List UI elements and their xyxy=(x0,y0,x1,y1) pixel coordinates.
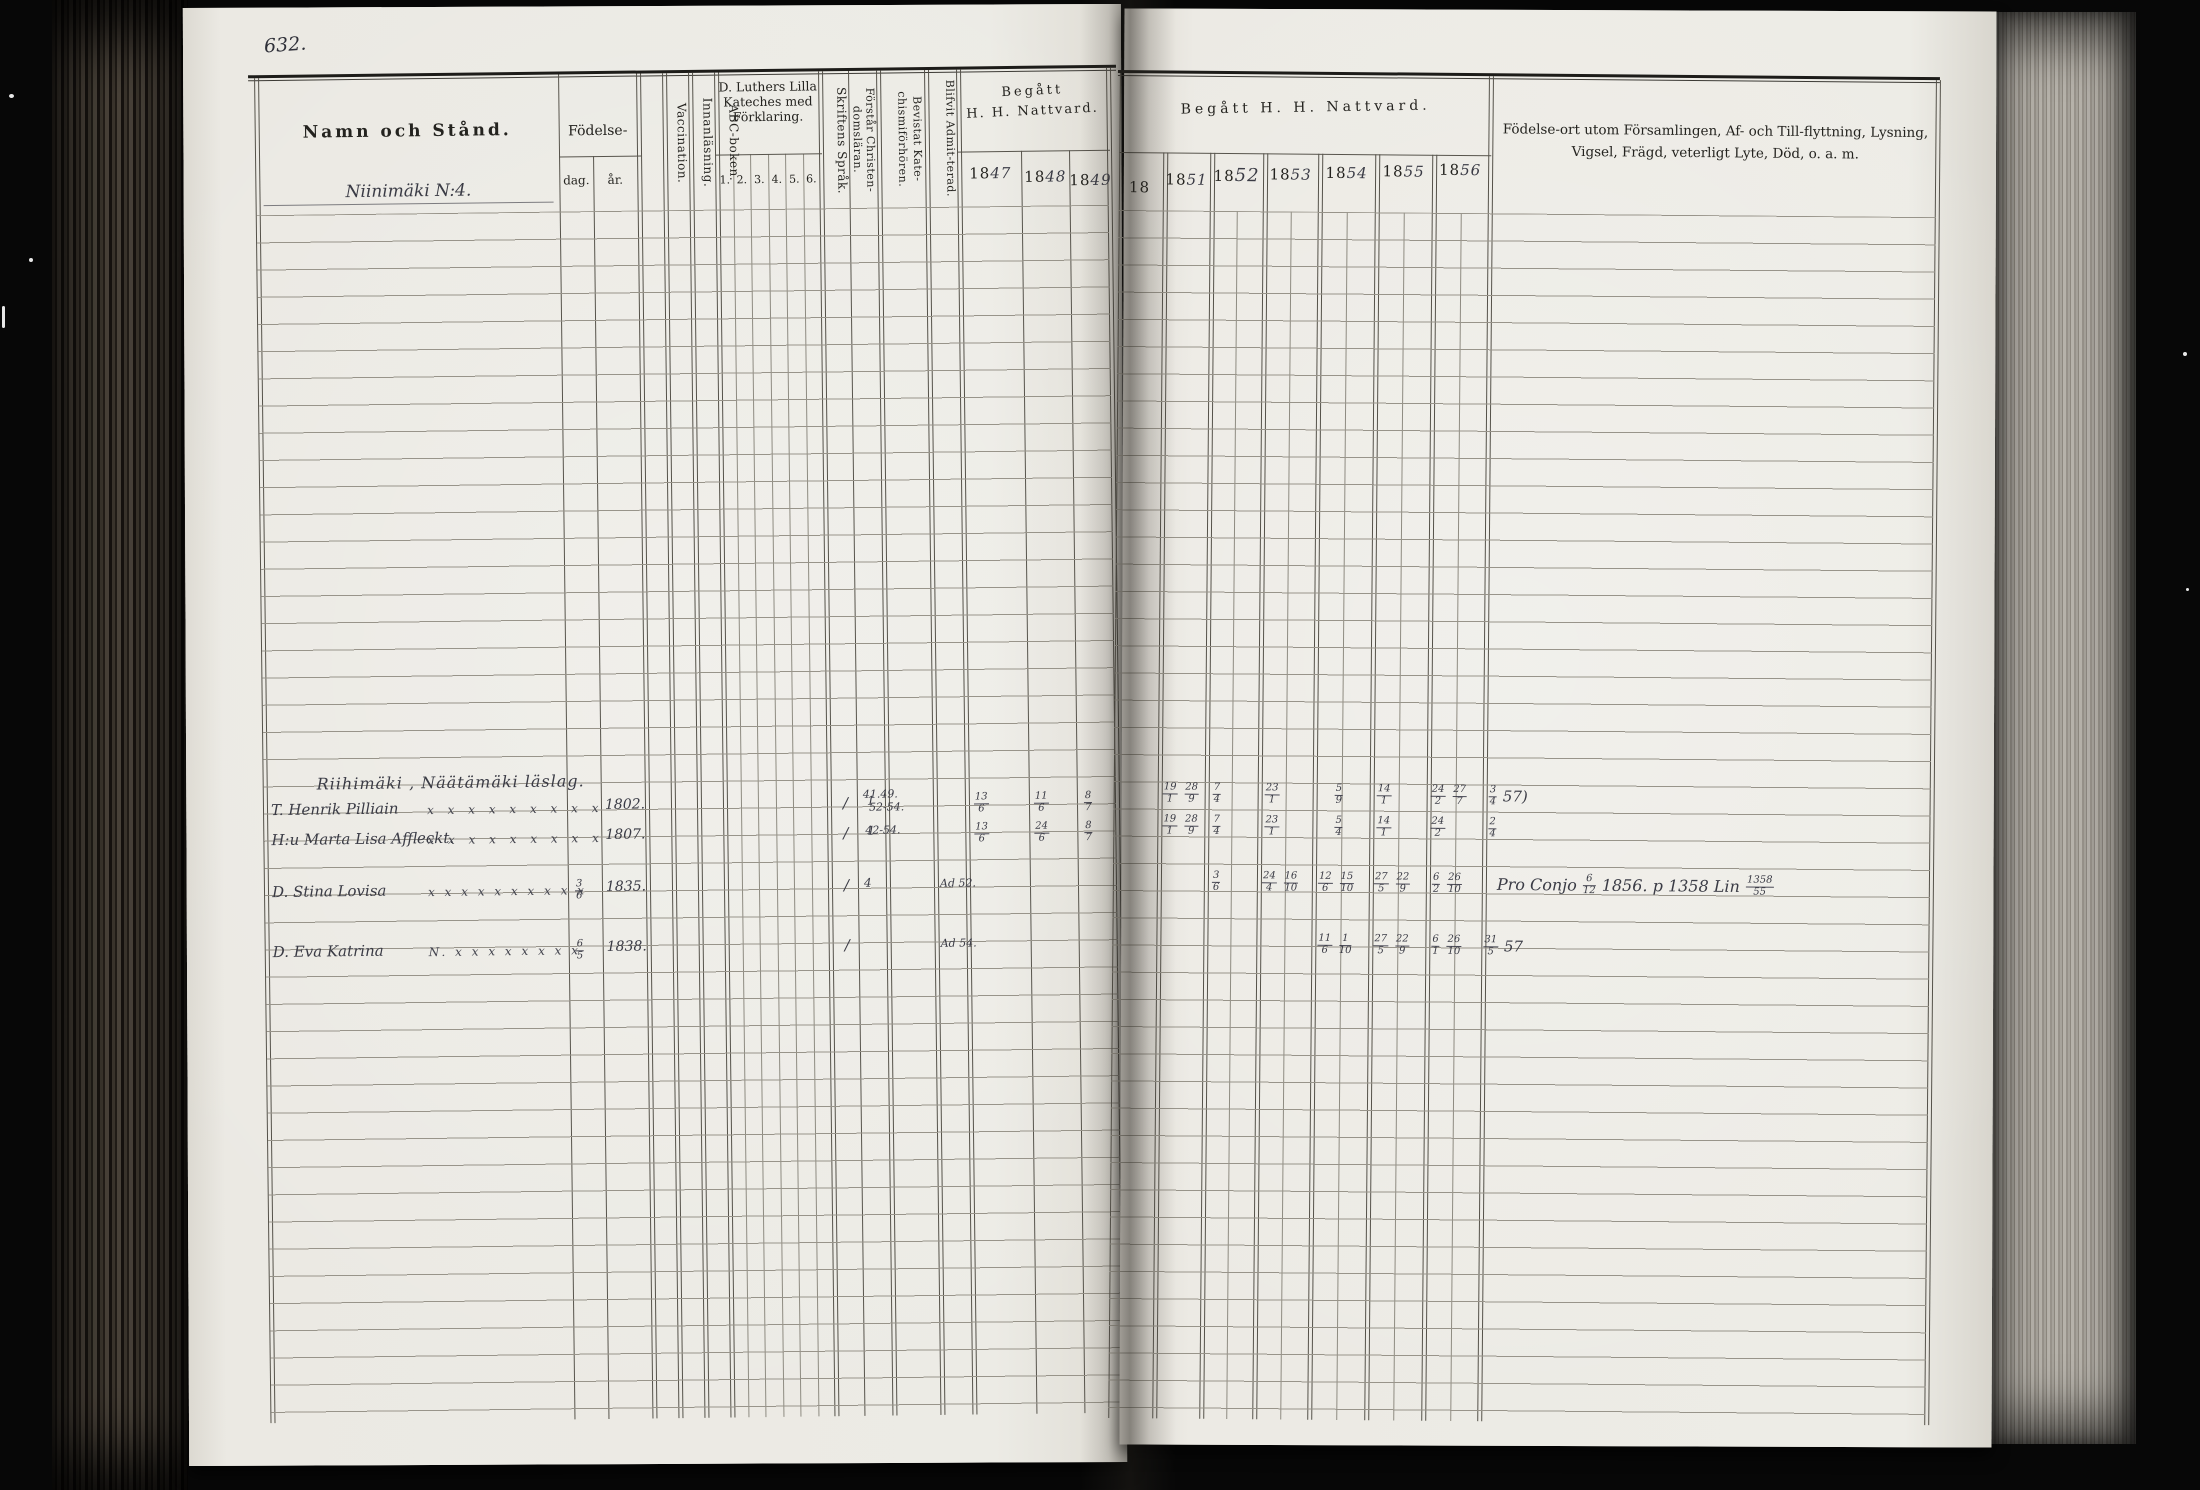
year-cell-1856: 1856 xyxy=(1432,161,1488,179)
year-cell-1855: 1855 xyxy=(1375,162,1432,180)
communion-1852: 74 xyxy=(1211,815,1222,837)
communion-1856: 242 xyxy=(1429,817,1446,839)
birth-year: 1807. xyxy=(605,827,645,843)
communion-header: Begått H. H. Nattvard. xyxy=(1124,97,1488,119)
page-number: 632. xyxy=(263,33,307,58)
year-printed-prefix: 18 xyxy=(1325,164,1346,182)
scripture-mark: / xyxy=(843,824,848,842)
catechism-sub-3: 3. xyxy=(750,173,768,186)
scan-speck xyxy=(2183,352,2187,356)
year-handwritten-suffix: 47 xyxy=(990,164,1011,182)
farm-group-heading: Riihimäki , Näätämäki läslag. xyxy=(317,771,585,793)
communion-1855: 275 229 xyxy=(1373,872,1411,894)
birth-column-header: Födelse- xyxy=(559,123,637,140)
birth-year-subheader: år. xyxy=(593,173,637,188)
notes-column-header-line2: Vigsel, Frägd, veterligt Lyte, Död, o. a… xyxy=(1497,143,1933,163)
right-table: Begått H. H. Nattvard. 18 1851 1852 1853… xyxy=(1106,70,1940,1429)
year-handwritten-suffix: 54 xyxy=(1347,164,1368,182)
communion-1848: 116 xyxy=(1033,792,1050,814)
reading-marks: x x x x x x x x x x xyxy=(428,883,587,899)
scripture-mark: / xyxy=(845,936,850,954)
vaccination-column-header: Vaccination. xyxy=(662,76,690,210)
birth-year: 1802. xyxy=(605,797,645,813)
year-cell-1853: 1853 xyxy=(1263,165,1318,183)
attended-column-header: Bevistat Kate-chismiförhören. xyxy=(878,71,926,208)
year-printed-prefix: 18 xyxy=(1024,168,1045,186)
right-page-edges xyxy=(1988,12,2136,1444)
header-rule xyxy=(559,156,641,158)
year-handwritten-suffix: 55 xyxy=(1404,162,1425,180)
year-handwritten-suffix: 52 xyxy=(1235,165,1260,186)
catechism-sub-2: 2. xyxy=(733,173,750,186)
scan-speck xyxy=(9,94,14,98)
communion-1856-extra: 315 57 xyxy=(1482,935,1523,957)
catechism-sub-5: 5. xyxy=(785,173,803,186)
communion-1856: 61 2610 xyxy=(1430,935,1462,957)
scripture-column-header: Skriftens Språk. xyxy=(818,74,850,208)
left-page-edges xyxy=(52,0,188,1490)
understands-mark: 4 xyxy=(864,876,872,890)
year-handwritten-suffix: 48 xyxy=(1045,167,1066,185)
year-cell-1848: 1848 xyxy=(1021,167,1069,186)
book-scan: 632. Namn och Stånd. Födelse- xyxy=(0,0,2200,1490)
year-handwritten-suffix: 51 xyxy=(1186,171,1207,189)
name-column-header: Namn och Stånd. xyxy=(256,120,559,144)
communion-1853: 244 1610 xyxy=(1261,871,1299,893)
birth-year: 1835. xyxy=(606,879,646,895)
attended-note-1: 41.49. xyxy=(863,787,898,800)
admitted-note: Ad 52. xyxy=(940,876,976,889)
communion-1847: 136 xyxy=(973,792,990,814)
catechism-sub-1: 1. xyxy=(716,173,733,186)
understands-column-header: Förstår Christen-domsläran. xyxy=(848,72,878,208)
communion-1856: 242 277 xyxy=(1430,785,1468,807)
admitted-note: Ad 54. xyxy=(941,936,977,949)
communion-1853: 231 xyxy=(1264,783,1281,805)
communion-1855: 141 xyxy=(1375,816,1392,838)
birth-year: 1838. xyxy=(607,938,647,954)
catechism-sub-6: 6. xyxy=(803,172,819,185)
communion-1853: 231 xyxy=(1263,815,1280,837)
communion-1856: 62 2610 xyxy=(1431,873,1463,895)
reading-marks: N. x x x x x x x x xyxy=(429,943,581,959)
communion-1856-extra: 24 xyxy=(1487,817,1498,839)
communion-1848: 246 xyxy=(1033,822,1050,844)
district-heading: Niinimäki N:4. xyxy=(263,180,553,207)
birth-day-subheader: dag. xyxy=(559,173,593,187)
catechism-sub-4: 4. xyxy=(768,173,785,186)
person-name: D. Stina Lovisa xyxy=(272,882,387,901)
year-printed-prefix: 18 xyxy=(969,164,990,182)
communion-1855: 141 xyxy=(1376,784,1393,806)
notes-column-header-line1: Födelse-ort utom Församlingen, Af- och T… xyxy=(1497,121,1933,141)
movement-note: Pro Conjo 612 1856. p 1358 Lin 135855 xyxy=(1497,873,1775,897)
scan-speck xyxy=(2,306,5,328)
year-printed-prefix: 18 xyxy=(1269,165,1290,183)
year-handwritten-suffix: 53 xyxy=(1291,166,1312,184)
communion-1847: 136 xyxy=(973,822,990,844)
reading-column-header: Innanläsning. xyxy=(688,76,716,210)
reading-marks: x x x x x x x x x xyxy=(427,801,604,817)
year-cell-1854: 1854 xyxy=(1318,164,1375,182)
catechism-column-header: D. Luthers Lilla Kateches med Förklaring… xyxy=(716,78,820,124)
scan-speck xyxy=(2186,588,2189,591)
communion-1855: 275 229 xyxy=(1372,934,1410,956)
communion-1854: 126 1510 xyxy=(1317,872,1355,894)
communion-1854: 116 110 xyxy=(1316,934,1352,956)
communion-1854: 59 xyxy=(1334,784,1345,806)
attended-note-2: 52-54. xyxy=(869,800,904,813)
year-printed-prefix: 18 xyxy=(1214,167,1235,185)
communion-1852: 36 xyxy=(1211,871,1222,893)
year-cell-1847: 1847 xyxy=(959,164,1021,183)
reading-marks: x x x x x x x x x xyxy=(427,831,604,847)
attended-note-1: 42-54. xyxy=(865,823,900,836)
communion-1852: 74 xyxy=(1212,783,1223,805)
year-printed-prefix: 18 xyxy=(1382,162,1403,180)
left-table: Namn och Stånd. Födelse- dag. år. Vaccin… xyxy=(248,65,1132,1428)
scripture-mark: / xyxy=(843,794,848,812)
year-handwritten-suffix: 56 xyxy=(1460,161,1481,179)
year-cell-1852: 1852 xyxy=(1210,165,1263,186)
person-name: T. Henrik Pilliain xyxy=(271,800,399,820)
page-gutter xyxy=(1080,0,1176,1490)
scan-speck xyxy=(29,258,33,262)
admitted-column-header: Blifvit Admit-terad. xyxy=(926,71,958,207)
communion-1856-extra: 34 57) xyxy=(1488,785,1528,807)
scripture-mark: / xyxy=(844,876,849,894)
communion-1854: 54 xyxy=(1333,816,1344,838)
person-name: D. Eva Katrina xyxy=(273,942,384,961)
year-printed-prefix: 18 xyxy=(1439,161,1460,179)
